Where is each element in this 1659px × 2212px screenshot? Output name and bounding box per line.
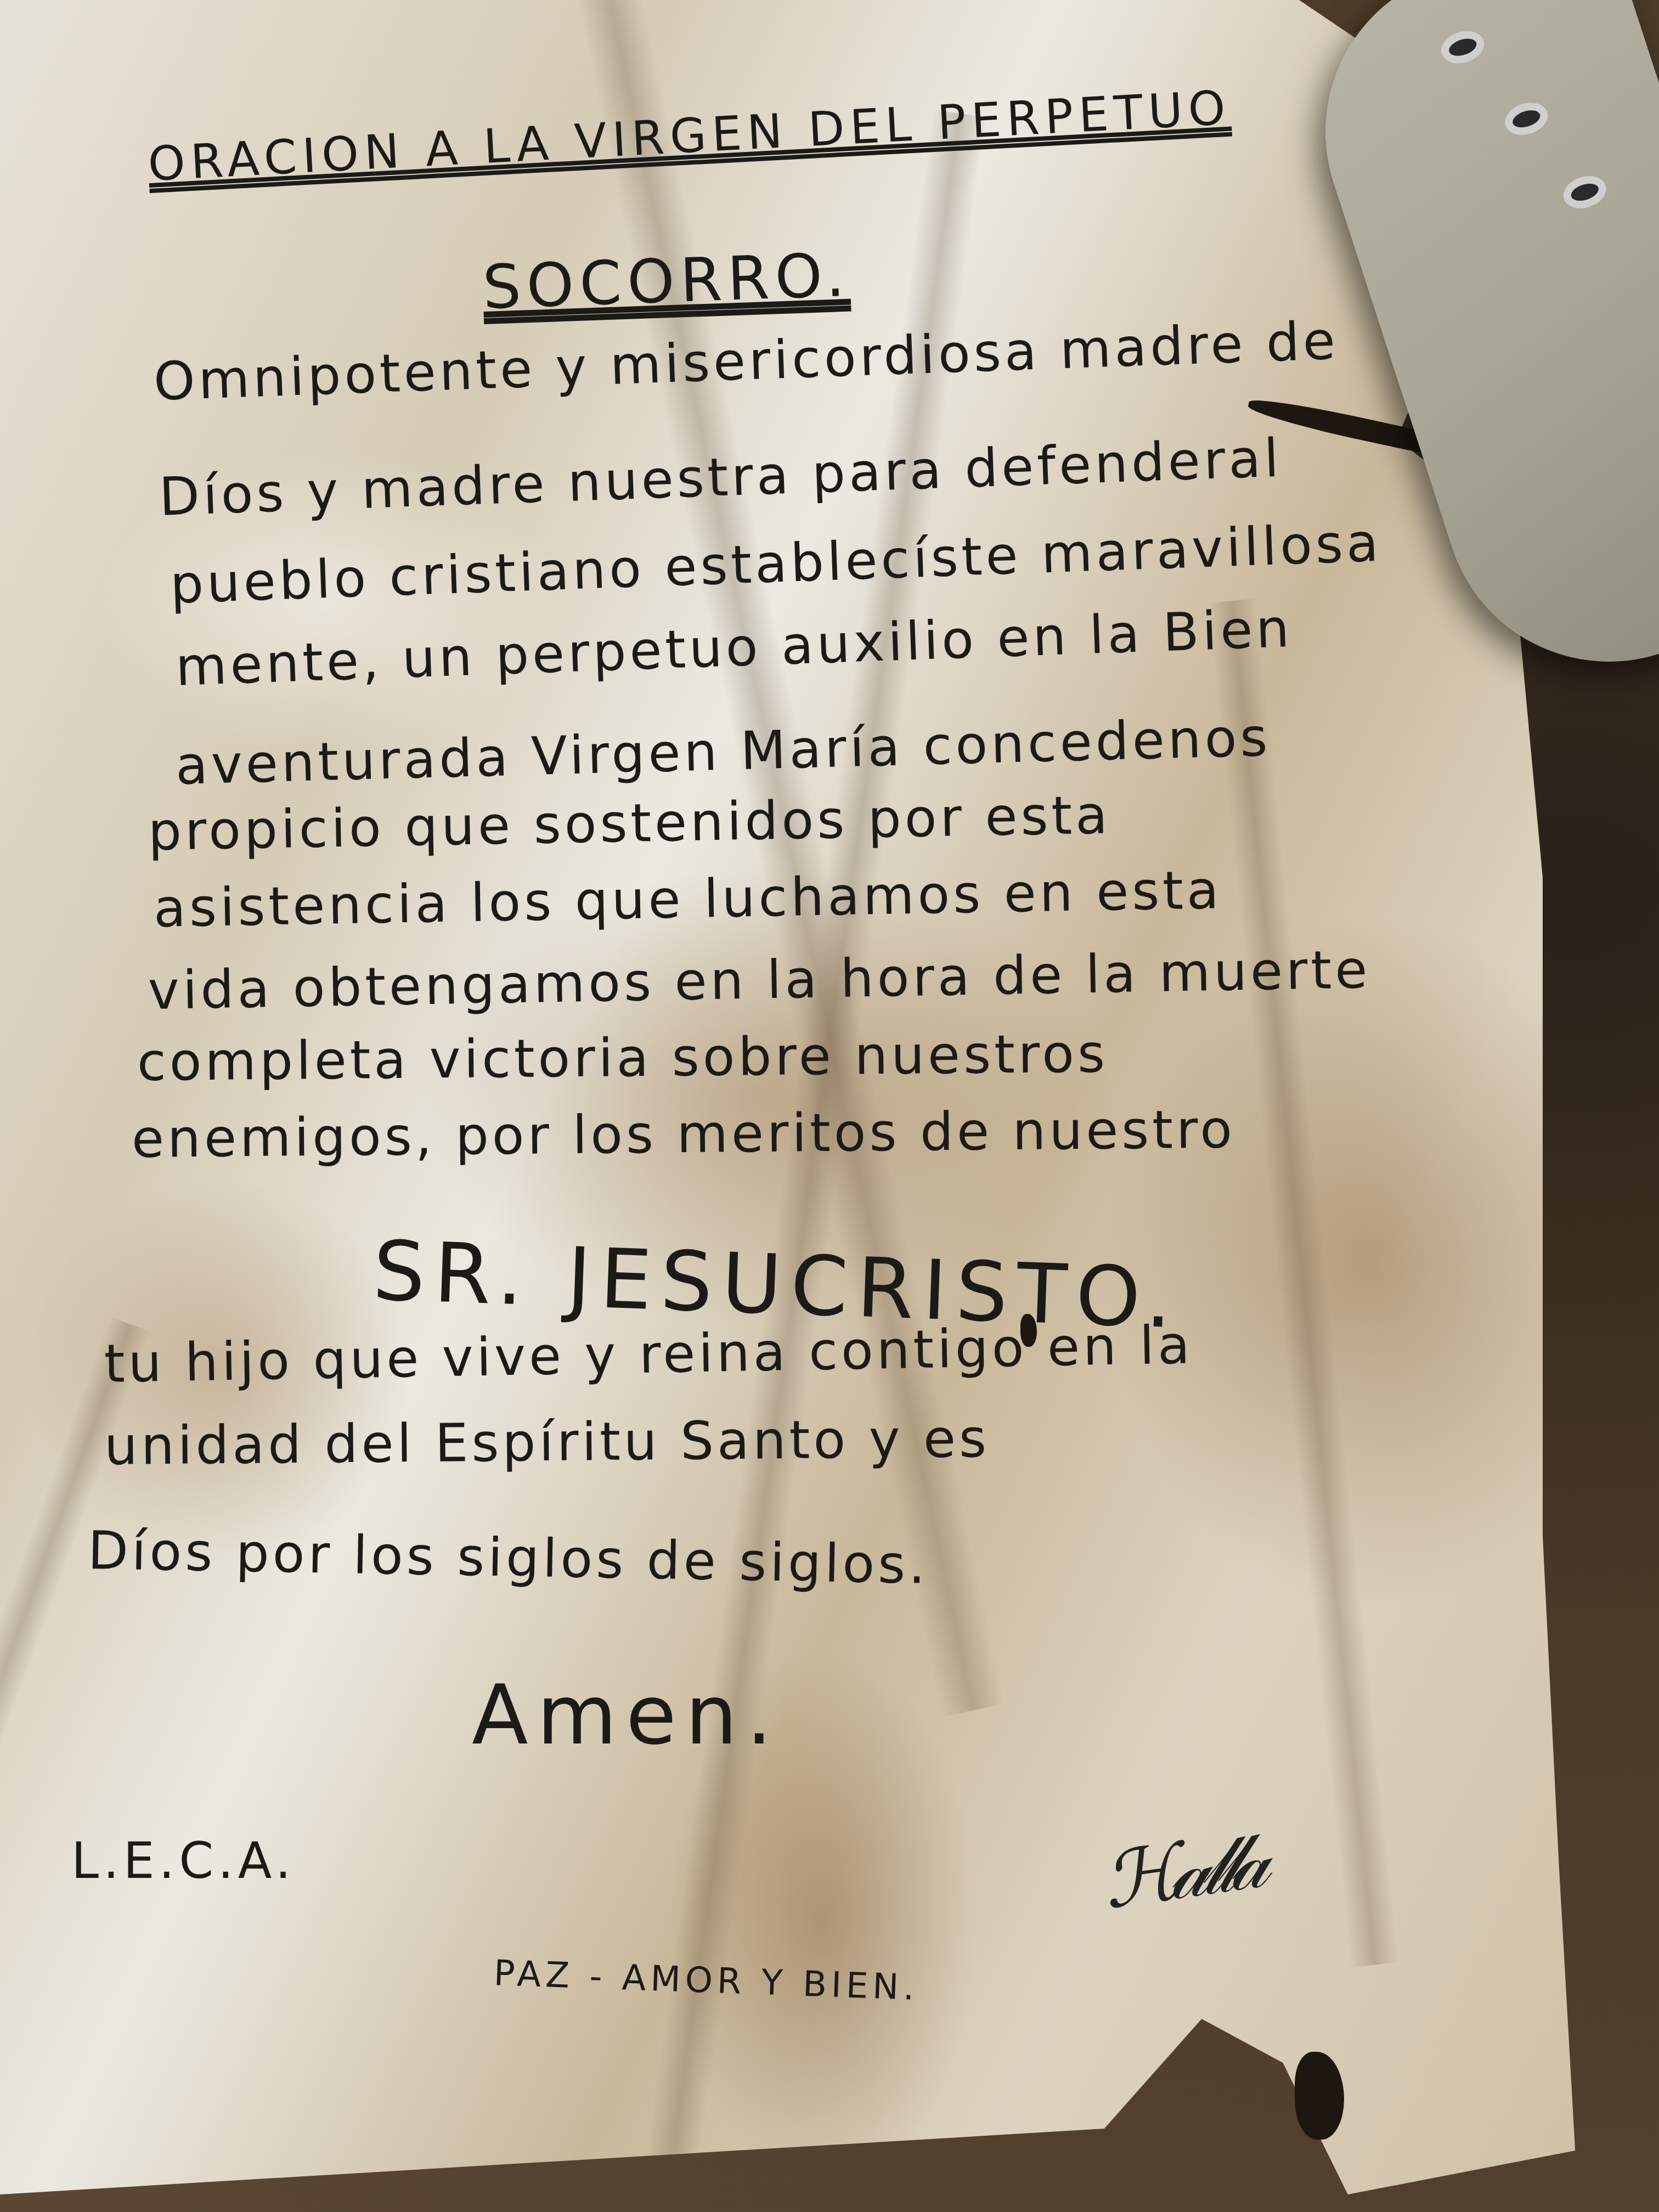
- prayer-closing-line: Díos por los siglos de siglos.: [87, 1520, 929, 1596]
- prayer-body-line: propicio que sostenidos por esta: [148, 784, 1111, 862]
- motto-line: PAZ - AMOR Y BIEN.: [493, 1953, 919, 2008]
- prayer-body-line: Omnipotente y misericordiosa madre de: [153, 310, 1340, 413]
- prayer-body-line: vida obtengamos en la hora de la muerte: [148, 939, 1371, 1022]
- prayer-body-line: completa victoria sobre nuestros: [137, 1023, 1109, 1093]
- prayer-title-line-1: ORACION A LA VIRGEN DEL PERPETUO: [146, 81, 1232, 192]
- prayer-body-line: aventurada Virgen María concedenos: [175, 707, 1272, 797]
- paper-sheet: ORACION A LA VIRGEN DEL PERPETUO SOCORRO…: [0, 0, 1624, 2194]
- shoe-eyelet: [1559, 171, 1610, 213]
- shoe-eyelet: [1437, 26, 1488, 69]
- prayer-closing-line: unidad del Espíritu Santo y es: [104, 1408, 990, 1477]
- handwritten-signature: ℋ𝒶𝓁𝓁𝒶: [1097, 1816, 1265, 1927]
- prayer-body-line: pueblo cristiano establecíste maravillos…: [169, 512, 1383, 616]
- prayer-amen: Amen.: [472, 1668, 781, 1763]
- prayer-body-line: asistencia los que luchamos en esta: [153, 859, 1223, 939]
- photo-scene: ORACION A LA VIRGEN DEL PERPETUO SOCORRO…: [0, 0, 1659, 2212]
- shoe-eyelet: [1501, 98, 1552, 140]
- prayer-body-line: enemigos, por los meritos de nuestro: [132, 1098, 1236, 1170]
- author-initials: L.E.C.A.: [71, 1832, 295, 1890]
- prayer-title-line-2: SOCORRO.: [482, 240, 851, 323]
- paper-crease: [1207, 599, 1400, 1968]
